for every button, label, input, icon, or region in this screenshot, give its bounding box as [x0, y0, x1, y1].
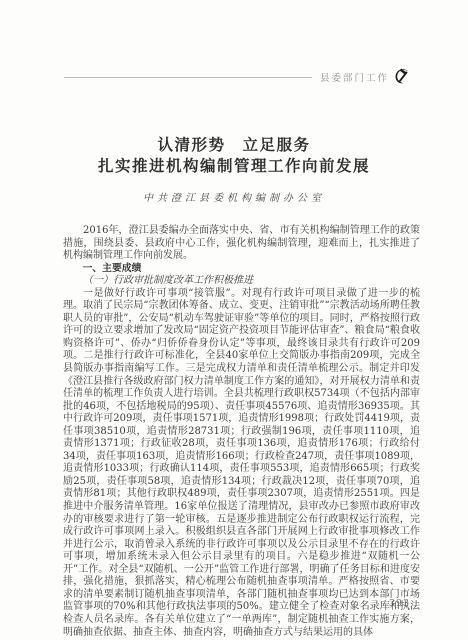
- body-paragraph-main: 一是做好行政许可事项“接管服”。对现有行政许可项目录做了进一步的梳理。取消了民宗…: [63, 288, 420, 639]
- body-paragraph-intro: 2016年，澄江县委编办全面落实中央、省、市有关机构编制管理工作的政策措施，围绕…: [63, 225, 420, 263]
- article-body: 2016年，澄江县委编办全面落实中央、省、市有关机构编制管理工作的政策措施，围绕…: [63, 225, 420, 639]
- article-author: 中共澄江县委机构编制办公室: [48, 189, 420, 204]
- article-title-line2: 扎实推进机构编制管理工作向前发展: [48, 155, 420, 176]
- party-emblem-icon: [394, 68, 412, 86]
- running-head: 县委部门工作: [64, 68, 412, 86]
- title-block: 认清形势 立足服务 扎实推进机构编制管理工作向前发展 中共澄江县委机构编制办公室: [48, 134, 420, 204]
- article-title-line1: 认清形势 立足服务: [48, 134, 420, 155]
- section-heading: 一、主要成绩: [63, 263, 420, 276]
- document-page: 县委部门工作 认清形势 立足服务 扎实推进机构编制管理工作向前发展 中共澄江县委…: [0, 0, 468, 640]
- header-rule: [64, 77, 312, 78]
- running-head-label: 县委部门工作: [320, 70, 389, 84]
- page-number: 393: [389, 598, 410, 609]
- sub-heading: （一）行政审批制度改革工作积极推进: [63, 275, 420, 288]
